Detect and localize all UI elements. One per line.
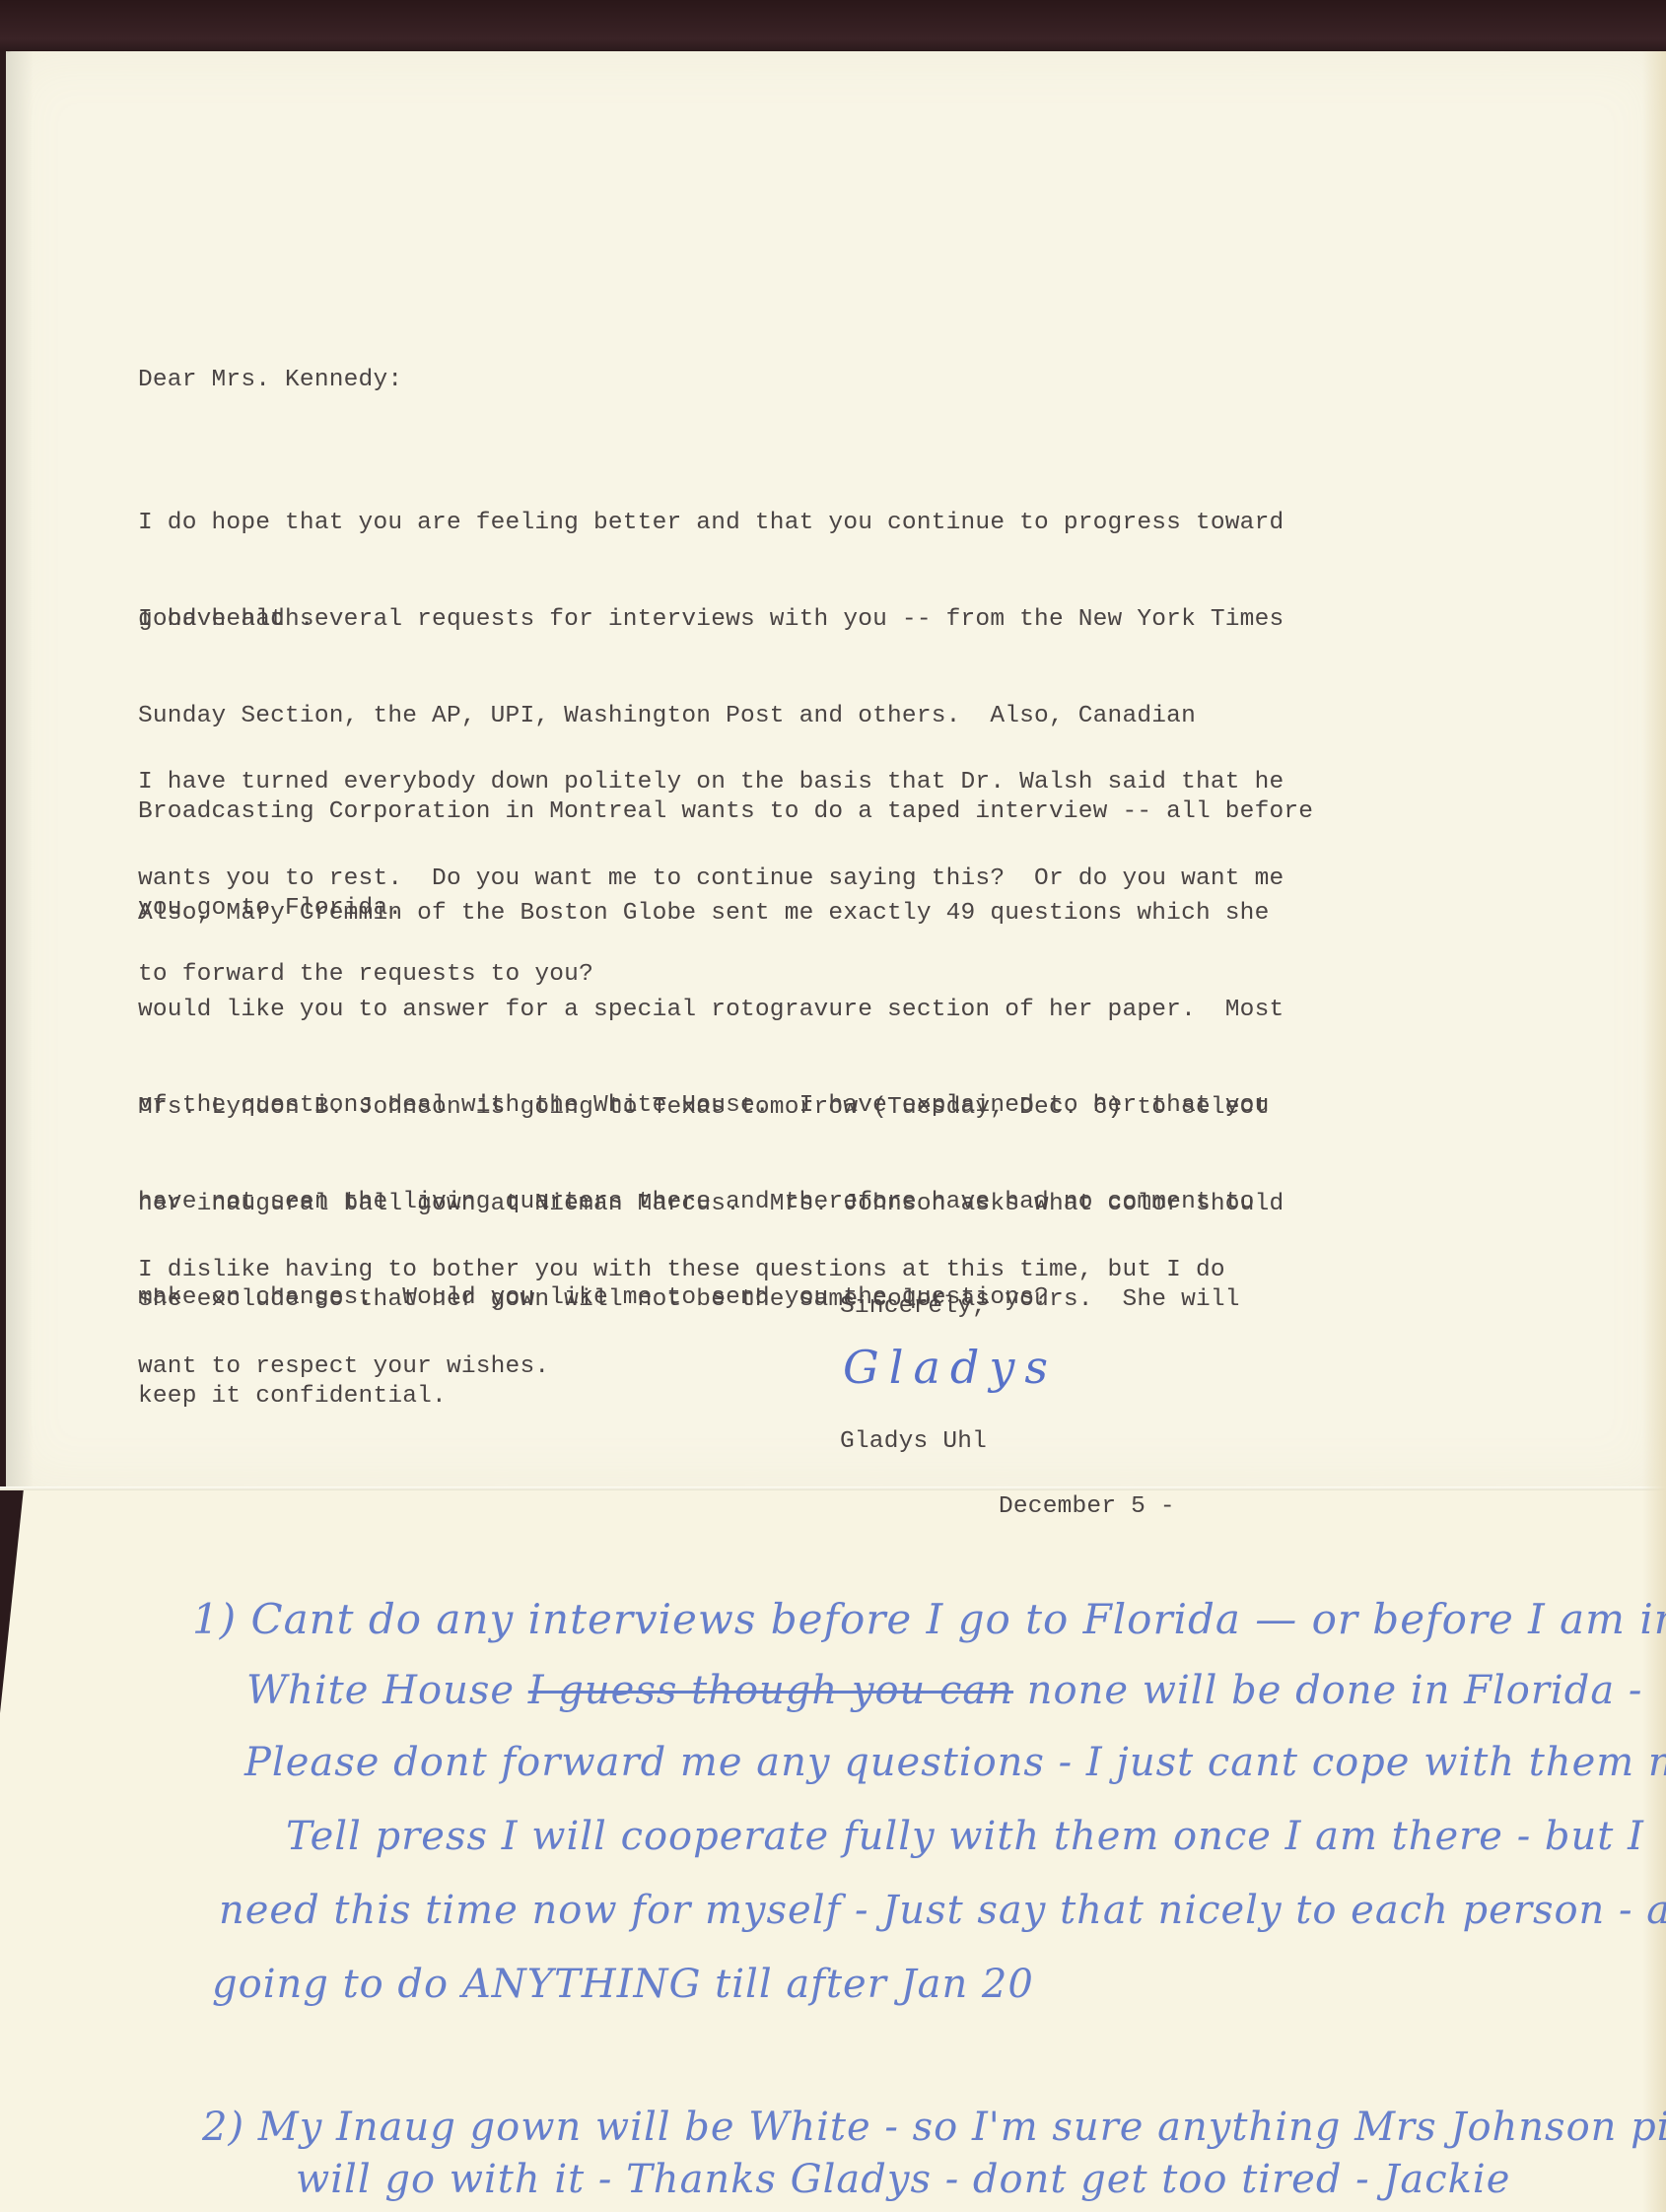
letter-date: December 5 - bbox=[999, 1491, 1175, 1524]
handwritten-note-line: Please dont forward me any questions - I… bbox=[244, 1740, 1666, 1785]
paper-fold-crease bbox=[0, 1486, 1666, 1490]
paragraph-line: I have had several requests for intervie… bbox=[138, 604, 1313, 637]
paragraph-line: Mrs. Lyndon B. Johnson is going to Texas… bbox=[138, 1092, 1284, 1125]
struck-out-text: I guess though you can bbox=[528, 1668, 1013, 1713]
paragraph-line: I have turned everybody down politely on… bbox=[138, 767, 1284, 799]
paragraph-line: would like you to answer for a special r… bbox=[138, 995, 1284, 1027]
paragraph-line: I do hope that you are feeling better an… bbox=[138, 508, 1284, 540]
handwritten-note-line: will go with it - Thanks Gladys - dont g… bbox=[296, 2157, 1510, 2202]
closing: Sincerely, bbox=[840, 1291, 987, 1324]
note-text: none will be done in Florida - bbox=[1013, 1668, 1642, 1713]
handwritten-note-line: White House I guess though you can none … bbox=[246, 1668, 1642, 1713]
handwritten-note-line: Tell press I will cooperate fully with t… bbox=[286, 1814, 1644, 1859]
note-text: White House bbox=[246, 1668, 528, 1713]
paragraph-line: want to respect your wishes. bbox=[138, 1351, 1225, 1384]
handwritten-signature: Gladys bbox=[843, 1341, 1058, 1394]
paragraph-6: I dislike having to bother you with thes… bbox=[138, 1191, 1225, 1416]
paragraph-line: Also, Mary Cremmin of the Boston Globe s… bbox=[138, 898, 1284, 931]
handwritten-note-line: need this time now for myself - Just say… bbox=[219, 1888, 1666, 1933]
salutation: Dear Mrs. Kennedy: bbox=[138, 365, 402, 397]
handwritten-note-line: 2) My Inaug gown will be White - so I'm … bbox=[202, 2105, 1666, 2150]
paragraph-line: I dislike having to bother you with thes… bbox=[138, 1255, 1225, 1287]
signer-name: Gladys Uhl bbox=[840, 1426, 987, 1459]
handwritten-note-line: 1) Cant do any interviews before I go to… bbox=[192, 1595, 1666, 1643]
handwritten-note-line: going to do ANYTHING till after Jan 20 bbox=[212, 1962, 1034, 2007]
